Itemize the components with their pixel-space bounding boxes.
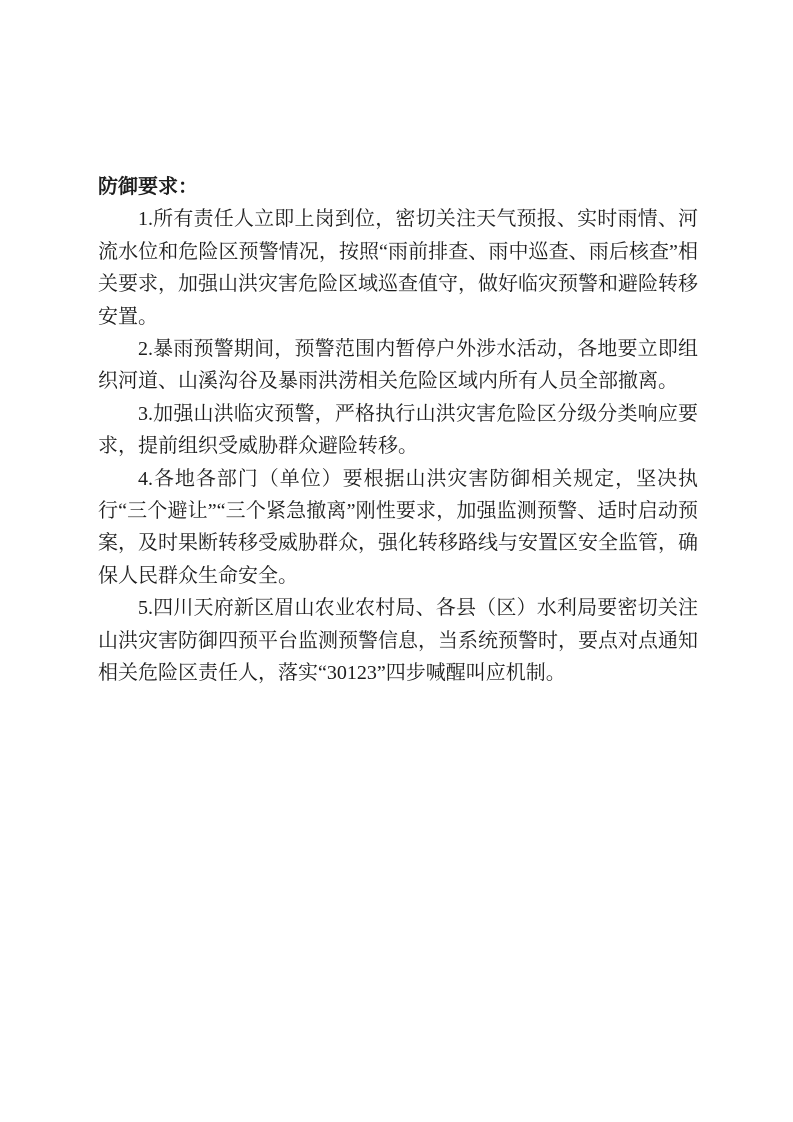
document-body: 防御要求： 1.所有责任人立即上岗到位，密切关注天气预报、实时雨情、河流水位和危… [98, 171, 698, 690]
paragraph-defense-item-1: 1.所有责任人立即上岗到位，密切关注天气预报、实时雨情、河流水位和危险区预警情况… [98, 203, 698, 333]
paragraph-defense-item-2: 2.暴雨预警期间，预警范围内暂停户外涉水活动，各地要立即组织河道、山溪沟谷及暴雨… [98, 333, 698, 398]
paragraph-defense-item-5: 5.四川天府新区眉山农业农村局、各县（区）水利局要密切关注山洪灾害防御四预平台监… [98, 592, 698, 689]
paragraph-defense-item-3: 3.加强山洪临灾预警，严格执行山洪灾害危险区分级分类响应要求，提前组织受威胁群众… [98, 398, 698, 463]
section-heading: 防御要求： [98, 171, 698, 203]
paragraph-defense-item-4: 4.各地各部门（单位）要根据山洪灾害防御相关规定，坚决执行“三个避让”“三个紧急… [98, 463, 698, 593]
document-page: 防御要求： 1.所有责任人立即上岗到位，密切关注天气预报、实时雨情、河流水位和危… [0, 0, 793, 1122]
